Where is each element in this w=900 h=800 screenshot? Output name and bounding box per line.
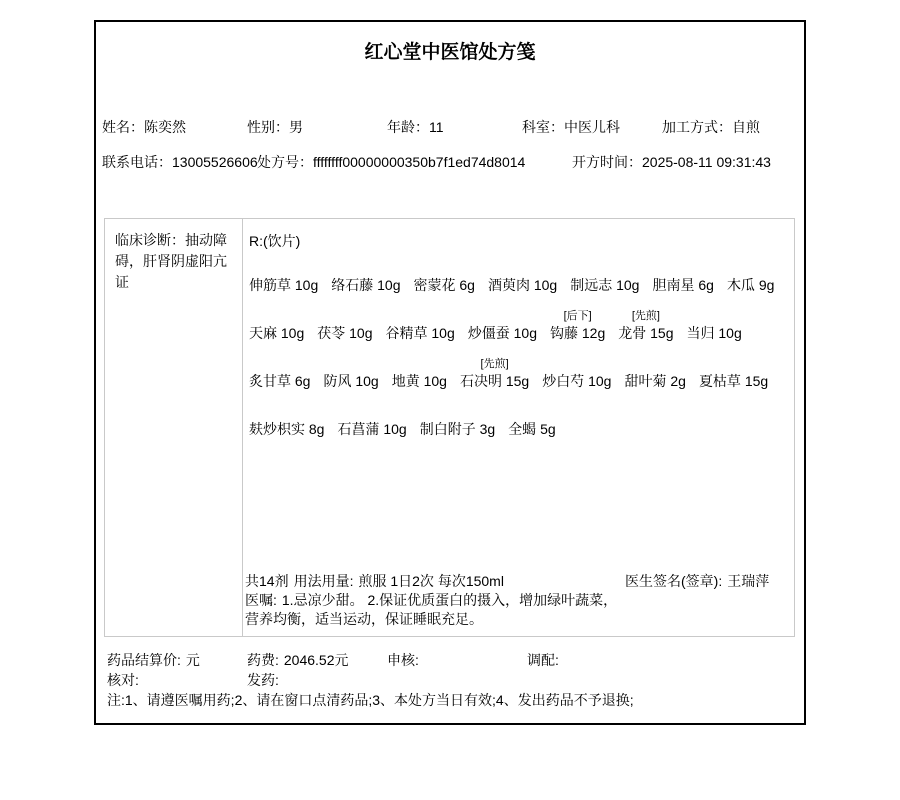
- herb-decoction-note: [317, 299, 372, 323]
- herb-item: 制白附子 3g: [420, 395, 495, 439]
- herb-decoction-note: [249, 395, 324, 419]
- herb-item: 谷精草 10g: [386, 299, 455, 343]
- herb-row: 伸筋草 10g络石藤 10g密蒙花 6g酒萸肉 10g制远志 10g胆南星 6g…: [249, 251, 787, 295]
- herb-item: 炒僵蚕 10g: [468, 299, 537, 343]
- prescription-page: 红心堂中医馆处方笺 姓名：陈奕然 性别：男 年龄：11 科室：中医儿科 加工方式…: [0, 0, 900, 800]
- patient-info-row-2: 联系电话：13005526606 处方号：ffffffff00000000350…: [96, 152, 804, 170]
- dose-count: 共14剂: [245, 573, 289, 589]
- herb-name-qty: 制白附子 3g: [420, 419, 495, 439]
- herb-name-qty: 炙甘草 6g: [249, 371, 310, 391]
- doctor-advice: 医嘱:1.忌凉少甜。 2.保证优质蛋白的摄入，增加绿叶蔬菜，营养均衡，适当运动，…: [245, 591, 625, 629]
- herb-name-qty: 龙骨 15g: [618, 323, 673, 343]
- herb-decoction-note: [249, 347, 310, 371]
- field-gender-value: 男: [289, 119, 303, 135]
- field-age-label: 年龄：: [387, 119, 429, 135]
- field-department-value: 中医儿科: [564, 119, 620, 135]
- herb-item: 地黄 10g: [392, 347, 447, 391]
- usage-left: 共14剂用法用量:煎服 1日2次 每次150ml 医嘱:1.忌凉少甜。 2.保证…: [245, 572, 625, 629]
- field-phone-label: 联系电话：: [102, 154, 172, 170]
- herb-item: 络石藤 10g: [331, 251, 400, 295]
- herb-name-qty: 全蝎 5g: [508, 419, 555, 439]
- herb-name-qty: 伸筋草 10g: [249, 275, 318, 295]
- herb-name-qty: 夏枯草 15g: [699, 371, 768, 391]
- fee-field: 药费:2046.52元: [247, 650, 349, 670]
- settle-price-label: 药品结算价:: [107, 652, 181, 668]
- usage-label: 用法用量:: [294, 573, 354, 589]
- field-prescription-no-label: 处方号：: [257, 154, 313, 170]
- settle-price-field: 药品结算价:元: [107, 650, 200, 670]
- rx-header: R:(饮片): [249, 231, 787, 251]
- usage-line: 共14剂用法用量:煎服 1日2次 每次150ml: [245, 572, 625, 591]
- herb-item: 夏枯草 15g: [699, 347, 768, 391]
- footer: 药品结算价:元 药费:2046.52元 申核: 调配: 核对: 发药: 注:1、…: [96, 650, 804, 714]
- herb-item: 木瓜 9g: [727, 251, 774, 295]
- page-title: 红心堂中医馆处方笺: [96, 37, 804, 64]
- field-department-label: 科室：: [522, 119, 564, 135]
- herb-decoction-note: [727, 251, 774, 275]
- issue-field: 发药:: [247, 670, 279, 690]
- herb-item: 伸筋草 10g: [249, 251, 318, 295]
- field-issue-time-label: 开方时间：: [572, 154, 642, 170]
- herb-item: [先煎]龙骨 15g: [618, 299, 673, 343]
- usage-area: 共14剂用法用量:煎服 1日2次 每次150ml 医嘱:1.忌凉少甜。 2.保证…: [245, 572, 793, 629]
- doctor-signature-name: 王瑞萍: [727, 573, 769, 589]
- rx-column: R:(饮片) 伸筋草 10g络石藤 10g密蒙花 6g酒萸肉 10g制远志 10…: [243, 219, 795, 636]
- herb-decoction-note: [392, 347, 447, 371]
- herb-item: 麸炒枳实 8g: [249, 395, 324, 439]
- field-name: 姓名：陈奕然: [102, 117, 186, 137]
- herb-name-qty: 天麻 10g: [249, 323, 304, 343]
- herb-name-qty: 谷精草 10g: [386, 323, 455, 343]
- herb-item: 制远志 10g: [570, 251, 639, 295]
- herb-item: 胆南星 6g: [652, 251, 713, 295]
- herb-item: 天麻 10g: [249, 299, 304, 343]
- herb-decoction-note: [624, 347, 685, 371]
- herb-item: 防风 10g: [323, 347, 378, 391]
- field-processing-method: 加工方式：自煎: [662, 117, 760, 137]
- advice-label: 医嘱:: [245, 592, 277, 608]
- herb-decoction-note: [687, 299, 742, 323]
- herb-name-qty: 防风 10g: [323, 371, 378, 391]
- herb-decoction-note: [542, 347, 611, 371]
- herb-decoction-note: [323, 347, 378, 371]
- field-phone-value: 13005526606: [172, 154, 258, 170]
- herb-item: 密蒙花 6g: [414, 251, 475, 295]
- herb-decoction-note: [414, 251, 475, 275]
- herb-item: [先煎]石决明 15g: [460, 347, 529, 391]
- herb-row: 麸炒枳实 8g石菖蒲 10g制白附子 3g全蝎 5g: [249, 395, 787, 439]
- herb-item: 全蝎 5g: [508, 395, 555, 439]
- herb-item: [后下]钩藤 12g: [550, 299, 605, 343]
- prescription-box: 临床诊断：抽动障碍，肝肾阴虚阳亢证 R:(饮片) 伸筋草 10g络石藤 10g密…: [104, 218, 795, 637]
- herb-decoction-note: [先煎]: [618, 299, 673, 323]
- herb-name-qty: 炒僵蚕 10g: [468, 323, 537, 343]
- herb-name-qty: 络石藤 10g: [331, 275, 400, 295]
- herb-row: 天麻 10g茯苓 10g谷精草 10g炒僵蚕 10g[后下]钩藤 12g[先煎]…: [249, 299, 787, 343]
- herb-item: 酒萸肉 10g: [488, 251, 557, 295]
- herb-decoction-note: [468, 299, 537, 323]
- herb-decoction-note: [508, 395, 555, 419]
- prescription-sheet: 红心堂中医馆处方笺 姓名：陈奕然 性别：男 年龄：11 科室：中医儿科 加工方式…: [94, 20, 806, 725]
- herb-name-qty: 石决明 15g: [460, 371, 529, 391]
- herb-decoction-note: [先煎]: [460, 347, 529, 371]
- herb-name-qty: 地黄 10g: [392, 371, 447, 391]
- field-issue-time: 开方时间：2025-08-11 09:31:43: [572, 152, 771, 172]
- herb-rows: 伸筋草 10g络石藤 10g密蒙花 6g酒萸肉 10g制远志 10g胆南星 6g…: [249, 251, 787, 439]
- herb-decoction-note: [420, 395, 495, 419]
- field-prescription-no: 处方号：ffffffff00000000350b7f1ed74d8014: [257, 152, 525, 172]
- herb-name-qty: 当归 10g: [687, 323, 742, 343]
- check-field: 核对:: [107, 670, 139, 690]
- herb-item: 石菖蒲 10g: [337, 395, 406, 439]
- doctor-signature: 医生签名(签章):王瑞萍: [625, 572, 793, 629]
- herb-name-qty: 炒白芍 10g: [542, 371, 611, 391]
- herb-decoction-note: [488, 251, 557, 275]
- herb-name-qty: 密蒙花 6g: [414, 275, 475, 295]
- field-processing-label: 加工方式：: [662, 119, 732, 135]
- herb-decoction-note: [331, 251, 400, 275]
- diagnosis-label: 临床诊断：: [115, 232, 185, 248]
- field-age-value: 11: [429, 119, 444, 135]
- herb-decoction-note: [249, 299, 304, 323]
- field-name-label: 姓名：: [102, 119, 144, 135]
- herb-decoction-note: [后下]: [550, 299, 605, 323]
- herb-item: 当归 10g: [687, 299, 742, 343]
- patient-info-row-1: 姓名：陈奕然 性别：男 年龄：11 科室：中医儿科 加工方式：自煎: [96, 117, 804, 135]
- footer-note: 注:1、请遵医嘱用药;2、请在窗口点清药品;3、本处方当日有效;4、发出药品不予…: [107, 690, 634, 710]
- herb-name-qty: 木瓜 9g: [727, 275, 774, 295]
- herb-item: 茯苓 10g: [317, 299, 372, 343]
- herb-name-qty: 麸炒枳实 8g: [249, 419, 324, 439]
- field-prescription-no-value: ffffffff00000000350b7f1ed74d8014: [313, 154, 525, 170]
- herb-decoction-note: [386, 299, 455, 323]
- field-gender-label: 性别：: [247, 119, 289, 135]
- herb-name-qty: 钩藤 12g: [550, 323, 605, 343]
- field-issue-time-value: 2025-08-11 09:31:43: [642, 154, 771, 170]
- field-name-value: 陈奕然: [144, 119, 186, 135]
- dispense-field: 调配:: [527, 650, 559, 670]
- herb-name-qty: 酒萸肉 10g: [488, 275, 557, 295]
- herb-item: 甜叶菊 2g: [624, 347, 685, 391]
- herb-name-qty: 制远志 10g: [570, 275, 639, 295]
- fee-value: 2046.52元: [284, 652, 349, 668]
- advice-text: 1.忌凉少甜。 2.保证优质蛋白的摄入，增加绿叶蔬菜，营养均衡，适当运动，保证睡…: [245, 592, 617, 627]
- herb-decoction-note: [699, 347, 768, 371]
- herb-item: 炙甘草 6g: [249, 347, 310, 391]
- herb-decoction-note: [337, 395, 406, 419]
- doctor-signature-label: 医生签名(签章):: [625, 573, 722, 589]
- diagnosis-column: 临床诊断：抽动障碍，肝肾阴虚阳亢证: [105, 219, 243, 636]
- fee-label: 药费:: [247, 652, 279, 668]
- herb-decoction-note: [570, 251, 639, 275]
- settle-price-unit: 元: [186, 652, 200, 668]
- herb-name-qty: 石菖蒲 10g: [337, 419, 406, 439]
- field-age: 年龄：11: [387, 117, 444, 137]
- herb-name-qty: 茯苓 10g: [317, 323, 372, 343]
- herb-item: 炒白芍 10g: [542, 347, 611, 391]
- review-field: 申核:: [387, 650, 419, 670]
- herb-row: 炙甘草 6g防风 10g地黄 10g[先煎]石决明 15g炒白芍 10g甜叶菊 …: [249, 347, 787, 391]
- field-gender: 性别：男: [247, 117, 303, 137]
- herb-decoction-note: [652, 251, 713, 275]
- herb-name-qty: 甜叶菊 2g: [624, 371, 685, 391]
- field-phone: 联系电话：13005526606: [102, 152, 258, 172]
- herb-decoction-note: [249, 251, 318, 275]
- field-processing-value: 自煎: [732, 119, 760, 135]
- herb-name-qty: 胆南星 6g: [652, 275, 713, 295]
- field-department: 科室：中医儿科: [522, 117, 620, 137]
- usage-value: 煎服 1日2次 每次150ml: [358, 573, 503, 589]
